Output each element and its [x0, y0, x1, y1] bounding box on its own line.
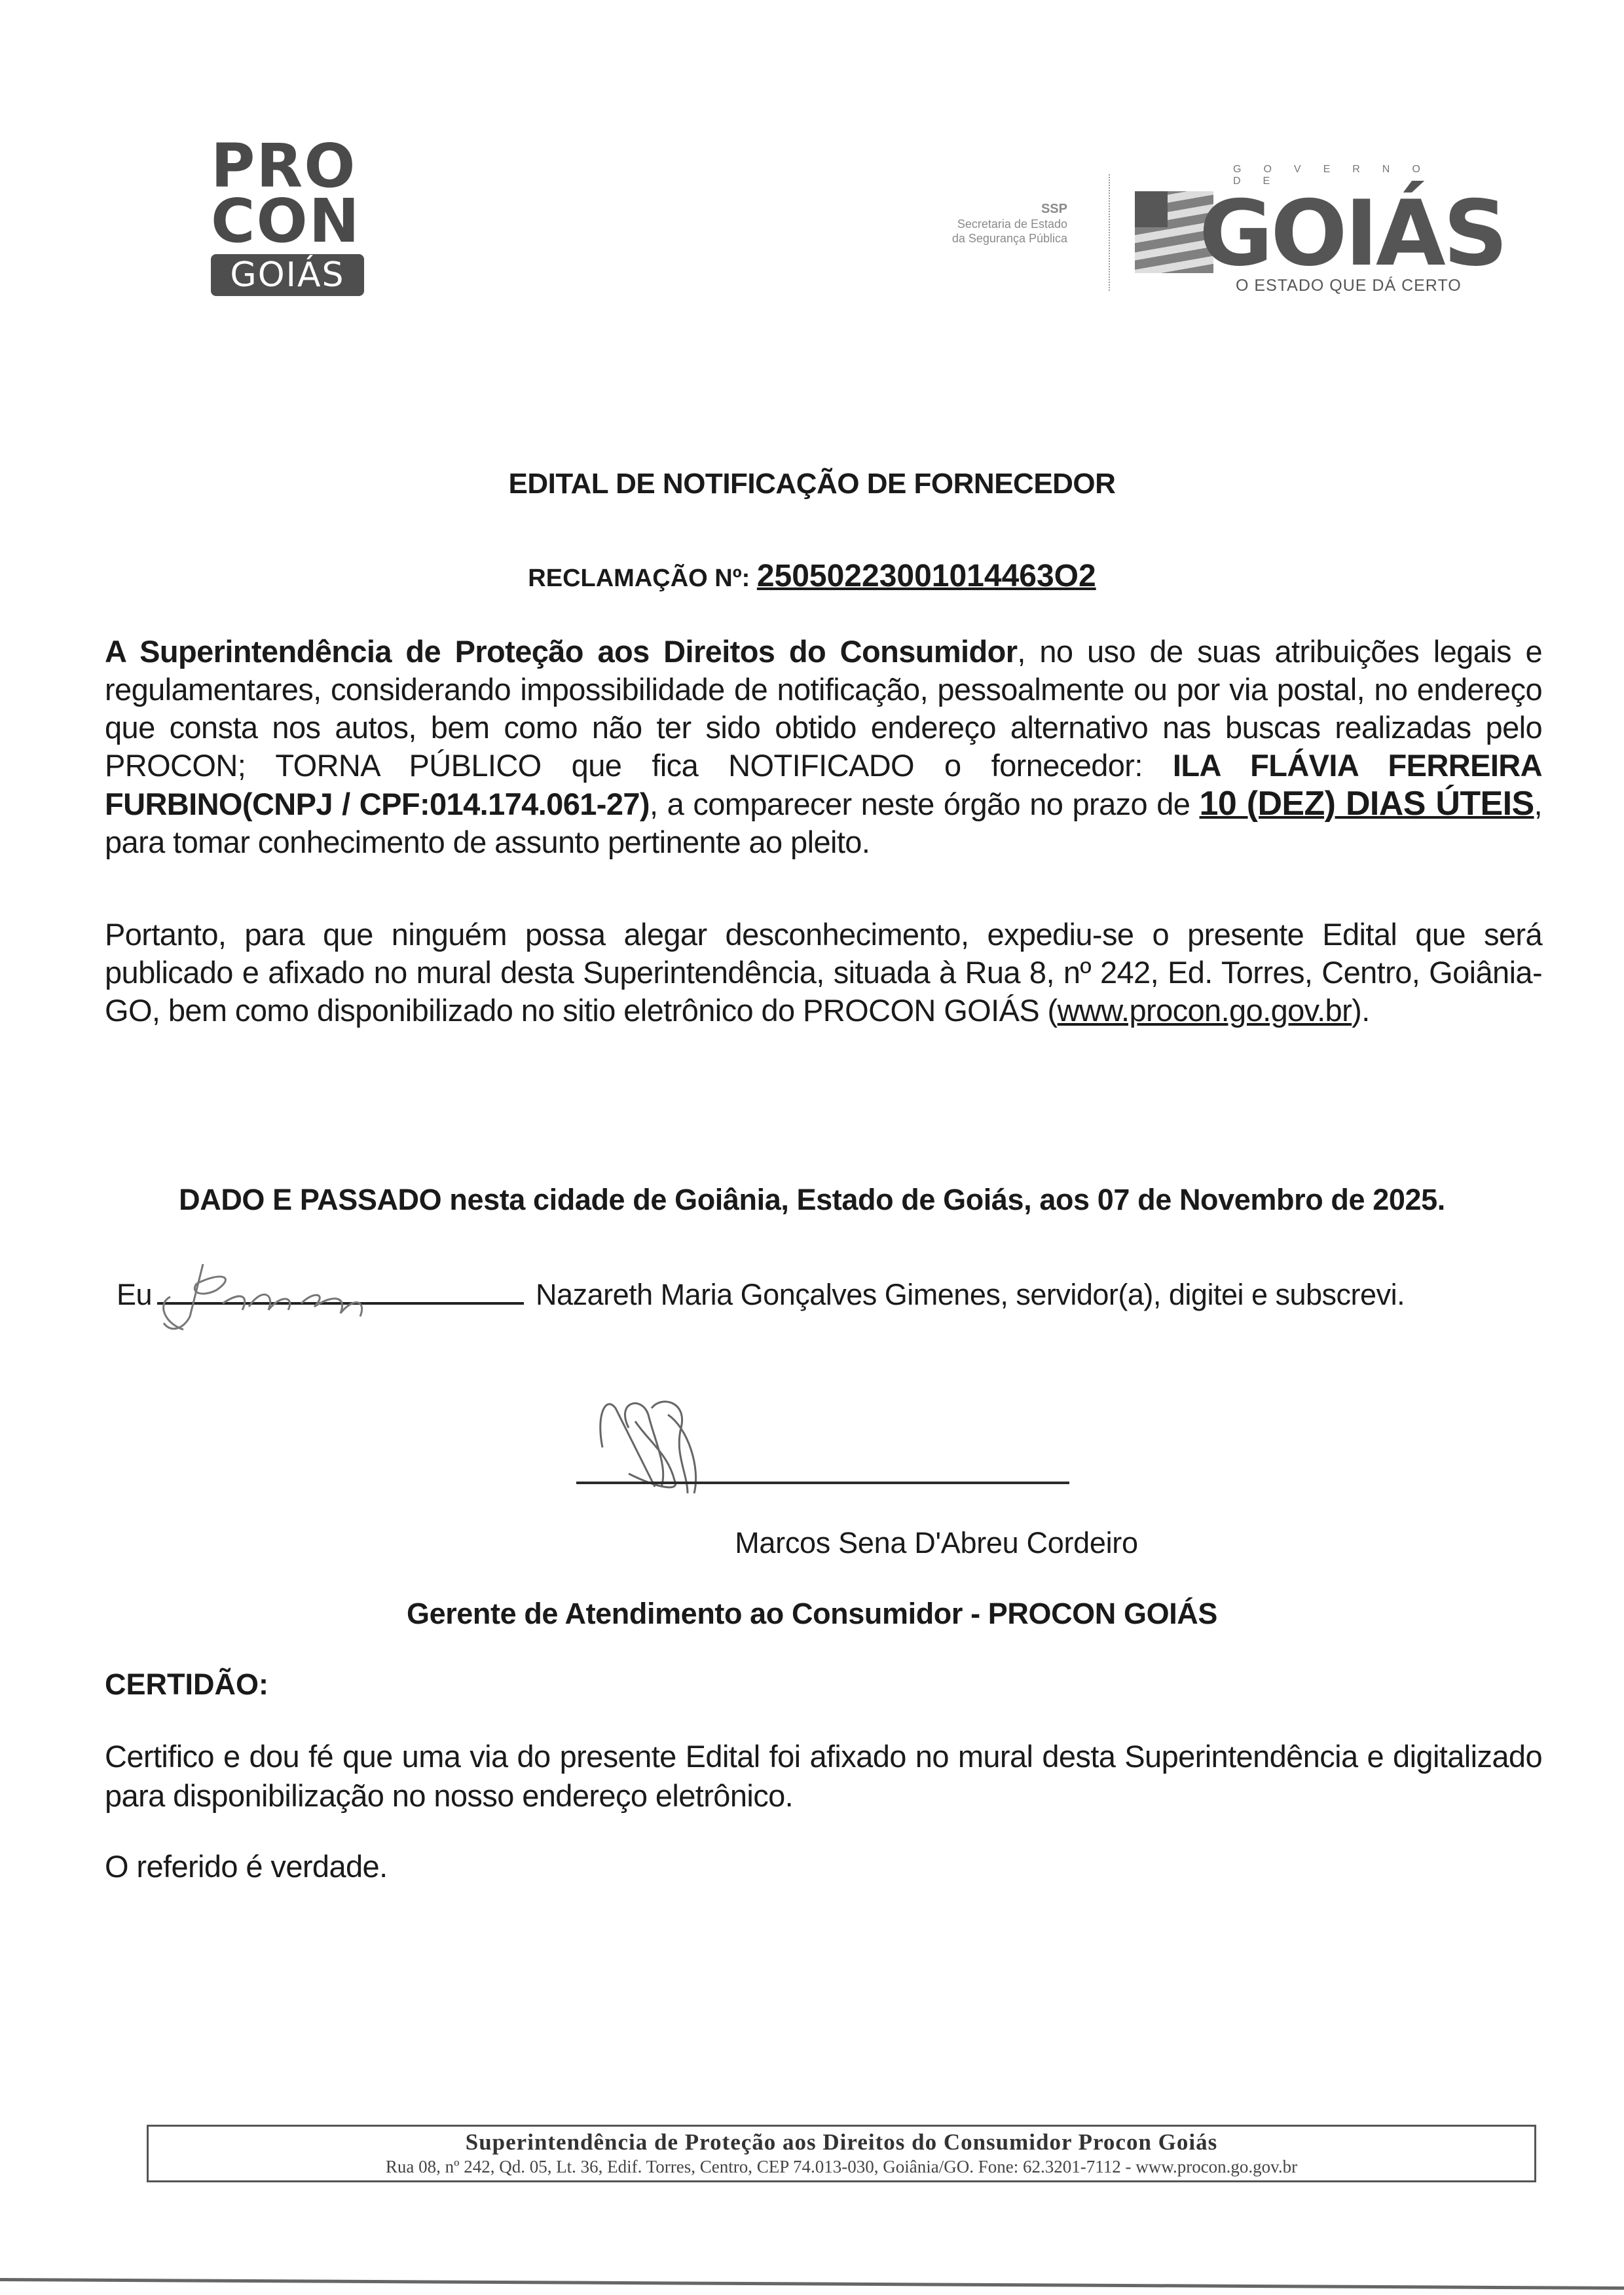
date-place-line: DADO E PASSADO nesta cidade de Goiânia, … [0, 1183, 1624, 1217]
header-separator [1109, 174, 1110, 291]
dado-passado-text: nesta cidade de Goiânia, Estado de Goiás… [441, 1183, 1445, 1216]
ssp-line1: Secretaria de Estado [871, 217, 1067, 231]
goias-logo-name: GOIÁS [1199, 181, 1505, 286]
signature-line [576, 1482, 1069, 1484]
ssp-line2: da Segurança Pública [871, 231, 1067, 246]
clerk-signature [151, 1258, 426, 1336]
ssp-title: SSP [871, 202, 1067, 217]
complaint-number-line: RECLAMAÇÃO Nº: 25050223001014463O2 [0, 558, 1624, 594]
paragraph1-text-b: , a comparecer neste órgão no prazo de [650, 787, 1200, 821]
notification-paragraph: A Superintendência de Proteção aos Direi… [105, 633, 1542, 861]
footer-box: Superintendência de Proteção aos Direito… [147, 2125, 1536, 2182]
document-title: EDITAL DE NOTIFICAÇÃO DE FORNECEDOR [0, 468, 1624, 500]
page-edge-line [0, 2278, 1624, 2290]
dado-passado-label: DADO E PASSADO [179, 1183, 441, 1216]
subscription-prefix: Eu [117, 1278, 152, 1311]
procon-logo-badge: GOIÁS [211, 254, 364, 296]
procon-logo-line2: CON [211, 194, 368, 249]
issuer-name: A Superintendência de Proteção aos Direi… [105, 634, 1017, 669]
footer-address: Rua 08, nº 242, Qd. 05, Lt. 36, Edif. To… [149, 2155, 1534, 2178]
certidao-closing: O referido é verdade. [105, 1848, 388, 1884]
procon-website-link[interactable]: www.procon.go.gov.br [1058, 993, 1352, 1028]
goias-logo-slogan: O ESTADO QUE DÁ CERTO [1236, 276, 1462, 295]
ssp-logo: SSP Secretaria de Estado da Segurança Pú… [871, 202, 1067, 246]
certidao-text: Certifico e dou fé que uma via do presen… [105, 1737, 1542, 1816]
certidao-heading: CERTIDÃO: [105, 1668, 268, 1702]
deadline: 10 (DEZ) DIAS ÚTEIS [1200, 785, 1534, 823]
footer-title: Superintendência de Proteção aos Direito… [149, 2129, 1534, 2155]
procon-goias-logo: PRO CON GOIÁS [211, 139, 368, 296]
publication-paragraph: Portanto, para que ninguém possa alegar … [105, 916, 1542, 1030]
signer-name: Marcos Sena D'Abreu Cordeiro [0, 1526, 1624, 1560]
signer-role: Gerente de Atendimento ao Consumidor - P… [0, 1597, 1624, 1631]
complaint-number-label: RECLAMAÇÃO Nº: [528, 565, 750, 592]
subscription-text: Nazareth Maria Gonçalves Gimenes, servid… [536, 1278, 1405, 1311]
complaint-number: 25050223001014463O2 [757, 559, 1096, 593]
paragraph2-text-b: ). [1352, 993, 1370, 1028]
